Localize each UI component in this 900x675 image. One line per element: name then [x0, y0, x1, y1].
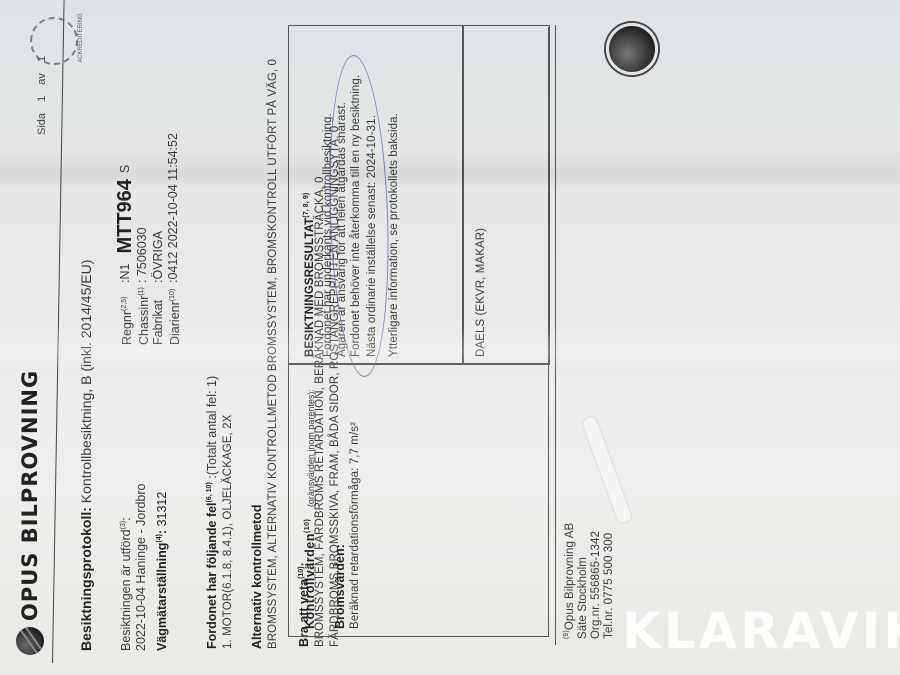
- regnr-suffix: S: [118, 165, 135, 173]
- result-heading: BESIKTNINGSRESULTAT(7, 8, 9): [300, 27, 317, 357]
- page-of: av: [36, 73, 48, 85]
- registration-plate: MTT964: [118, 179, 135, 253]
- make-label: Fabrikat: [151, 283, 166, 345]
- inspection-document: OPUS BILPROVNING Sida 1 av 1 ACKREDITERI…: [0, 0, 900, 675]
- brake-values-heading: Bromsvärden:: [333, 369, 348, 629]
- faults-heading: Fordonet har följande fel(6, 10): [205, 482, 219, 649]
- regnr-row: Regnr(2,5) :N1 MTT964 S: [118, 133, 135, 345]
- odometer-sup: (4): [156, 534, 163, 543]
- company-footer: (9)Opus Bilprovning AB Säte Stockholm Or…: [560, 523, 616, 639]
- accreditation-seal-icon: [30, 17, 78, 65]
- company-phone: Tel.nr. 0775 500 300: [603, 523, 616, 639]
- regnr-class: :N1: [118, 264, 135, 283]
- diary-value: :0412 2022-10-04 11:54:52: [166, 133, 183, 283]
- bottom-border: [548, 27, 549, 637]
- fault-item: 1. MOTOR(6.1.8, 8.4.1), OLJELÄCKAGE, 2X: [222, 415, 234, 649]
- page-current: 1: [36, 96, 48, 102]
- faults-section: Fordonet har följande fel(6, 10) :(Total…: [202, 376, 235, 649]
- company-seat: Säte Stockholm: [577, 523, 590, 639]
- paper-tear: [582, 416, 633, 524]
- footer-divider: [555, 25, 556, 645]
- performed-value: 2022-10-04 Haninge - Jordbro: [134, 484, 148, 651]
- header-divider: [52, 0, 65, 663]
- brake-value-line: Beräknad retardationsförmåga: 7,7 m/s²: [348, 369, 362, 629]
- title-label: Besiktningsprotokoll:: [78, 507, 94, 651]
- page-number: Sida 1 av 1: [36, 56, 48, 135]
- odometer: Vägmätarställning(4): 31312: [152, 492, 170, 651]
- opus-logo-icon: [16, 627, 44, 655]
- inspector-code: DAELS (EKVR, MAKAR): [474, 228, 488, 357]
- diary-label: Diarienr(10): [166, 283, 183, 345]
- klaravik-watermark: KLARAVIK: [622, 602, 900, 660]
- odometer-label: Vägmätarställning: [155, 543, 169, 651]
- vehicle-info: Regnr(2,5) :N1 MTT964 S Chassinr(1) : 75…: [118, 133, 182, 345]
- chassis-row: Chassinr(1) : 7506030: [135, 133, 152, 345]
- page-label: Sida: [36, 113, 48, 135]
- odometer-value: 31312: [155, 492, 169, 527]
- control-values-heading: Kontrollvärden(10): [303, 519, 317, 629]
- company-name: (9)Opus Bilprovning AB: [560, 523, 577, 639]
- performed-sup: (3): [120, 521, 127, 530]
- performed-label: Besiktningen är utförd: [119, 529, 133, 651]
- chassis-label: Chassinr(1): [135, 283, 152, 345]
- title-value: Kontrollbesiktning, B (inkl. 2014/45/EU): [78, 260, 94, 504]
- alternative-method-text: BROMSSYSTEM, ALTERNATIV KONTROLLMETOD BR…: [267, 59, 279, 649]
- inspection-performed: Besiktningen är utförd(3): 2022-10-04 Ha…: [116, 484, 149, 651]
- document-title: Besiktningsprotokoll: Kontrollbesiktning…: [78, 260, 94, 651]
- control-values: Kontrollvärden(10) (gränsvärden inom par…: [300, 369, 362, 629]
- chassis-value: : 7506030: [135, 227, 152, 283]
- accreditation-seal-label: ACKREDITERING: [78, 13, 84, 63]
- control-values-note: (gränsvärden inom parentes):: [306, 389, 316, 507]
- make-value: :ÖVRIGA: [151, 231, 166, 283]
- company-org-number: Org.nr. 556865-1342: [590, 523, 603, 639]
- faults-total-label: :(Totalt antal fel:: [205, 390, 219, 478]
- faults-total-value: 1): [205, 376, 219, 387]
- make-row: Fabrikat :ÖVRIGA: [151, 133, 166, 345]
- more-info-note: Ytterligare information, se protokollets…: [387, 27, 401, 357]
- brand-logo-text: OPUS BILPROVNING: [18, 370, 42, 621]
- diary-row: Diarienr(10) :0412 2022-10-04 11:54:52: [166, 133, 183, 345]
- alternative-method-heading: Alternativ kontrollmetod: [250, 505, 264, 649]
- alternative-method-section: Alternativ kontrollmetod BROMSSYSTEM, AL…: [250, 9, 280, 649]
- regnr-label: Regnr(2,5): [118, 283, 135, 345]
- certification-seal-icon: [606, 23, 658, 75]
